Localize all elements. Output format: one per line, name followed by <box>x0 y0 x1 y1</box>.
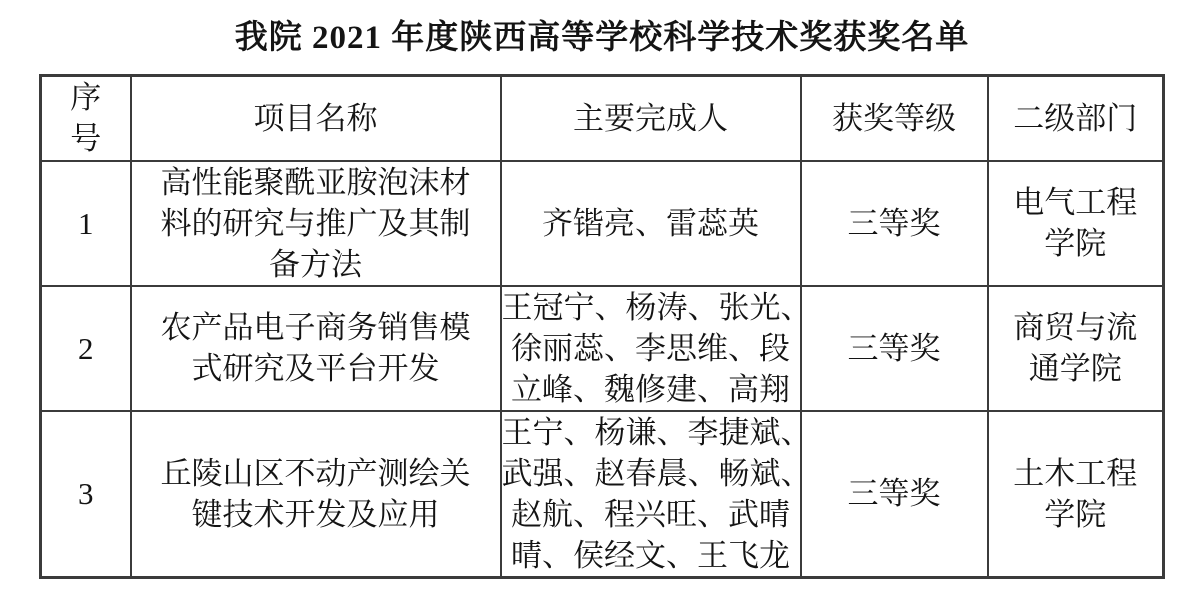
cell-project-name: 农产品电子商务销售模 式研究及平台开发 <box>131 286 501 411</box>
cell-serial-number: 3 <box>41 411 131 578</box>
header-department: 二级部门 <box>988 76 1164 161</box>
awards-table: 序 号 项目名称 主要完成人 获奖等级 二级部门 1 高性能聚酰亚胺泡沫材 料的… <box>39 74 1165 579</box>
cell-department: 电气工程 学院 <box>988 161 1164 286</box>
cell-main-contributors: 齐锴亮、雷蕊英 <box>501 161 801 286</box>
cell-serial-number: 1 <box>41 161 131 286</box>
cell-main-contributors: 王冠宁、杨涛、张光、 徐丽蕊、李思维、段 立峰、魏修建、高翔 <box>501 286 801 411</box>
award-document-page: 我院 2021 年度陕西高等学校科学技术奖获奖名单 序 号 项目名称 主要完成人… <box>0 0 1204 597</box>
cell-department: 土木工程 学院 <box>988 411 1164 578</box>
cell-award-level: 三等奖 <box>801 161 988 286</box>
header-project-name: 项目名称 <box>131 76 501 161</box>
header-award-level: 获奖等级 <box>801 76 988 161</box>
table-row: 2 农产品电子商务销售模 式研究及平台开发 王冠宁、杨涛、张光、 徐丽蕊、李思维… <box>41 286 1164 411</box>
cell-main-contributors: 王宁、杨谦、李捷斌、 武强、赵春晨、畅斌、 赵航、程兴旺、武晴 晴、侯经文、王飞… <box>501 411 801 578</box>
cell-project-name: 丘陵山区不动产测绘关 键技术开发及应用 <box>131 411 501 578</box>
header-main-contributors: 主要完成人 <box>501 76 801 161</box>
cell-project-name: 高性能聚酰亚胺泡沫材 料的研究与推广及其制 备方法 <box>131 161 501 286</box>
header-serial-number: 序 号 <box>41 76 131 161</box>
table-header-row: 序 号 项目名称 主要完成人 获奖等级 二级部门 <box>41 76 1164 161</box>
cell-award-level: 三等奖 <box>801 286 988 411</box>
cell-serial-number: 2 <box>41 286 131 411</box>
cell-award-level: 三等奖 <box>801 411 988 578</box>
page-title: 我院 2021 年度陕西高等学校科学技术奖获奖名单 <box>0 0 1204 60</box>
table-row: 1 高性能聚酰亚胺泡沫材 料的研究与推广及其制 备方法 齐锴亮、雷蕊英 三等奖 … <box>41 161 1164 286</box>
table-row: 3 丘陵山区不动产测绘关 键技术开发及应用 王宁、杨谦、李捷斌、 武强、赵春晨、… <box>41 411 1164 578</box>
cell-department: 商贸与流 通学院 <box>988 286 1164 411</box>
